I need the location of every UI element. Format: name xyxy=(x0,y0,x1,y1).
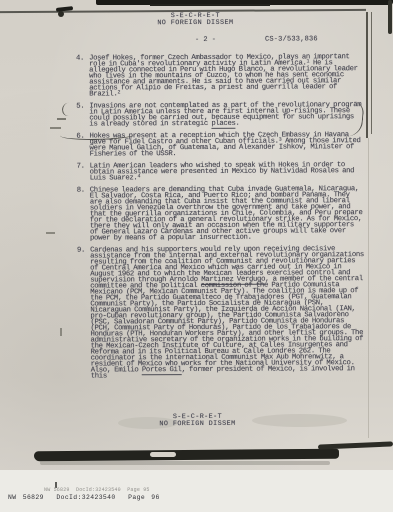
release-stamp-line: NW 56829 DocId:32423540 Page 96 xyxy=(8,494,160,501)
document-reference: CS-3/533,836 xyxy=(265,35,318,43)
paragraph-text: Josef Hokes, former Czech Ambassador to … xyxy=(89,54,363,97)
paragraph-list: 4. Josef Hokes, former Czech Ambassador … xyxy=(73,54,365,386)
document-content: S-E-C-R-E-T NO FOREIGN DISSEM - 2 - CS-3… xyxy=(0,0,393,471)
scan-artifact-bottom-band-gap xyxy=(150,452,176,457)
scanned-document-screenshot: S-E-C-R-E-T NO FOREIGN DISSEM - 2 - CS-3… xyxy=(0,0,393,512)
paragraph-text: Latin American leaders who wished to spe… xyxy=(90,162,364,181)
no-foreign-dissem-line: NO FOREIGN DISSEM xyxy=(0,19,392,28)
document-paper: S-E-C-R-E-T NO FOREIGN DISSEM - 2 - CS-3… xyxy=(0,0,393,470)
paragraph-number: 4. xyxy=(73,56,84,98)
no-foreign-dissem-line: NO FOREIGN DISSEM xyxy=(1,420,393,429)
scan-artifact-bottom-shadow xyxy=(40,461,330,465)
paragraph-text: Cardenas and his supporters would rely u… xyxy=(90,246,365,379)
paragraph-number: 9. xyxy=(74,248,86,380)
classification-header: S-E-C-R-E-T NO FOREIGN DISSEM xyxy=(0,12,392,28)
paragraph-7: 7. Latin American leaders who wished to … xyxy=(74,162,364,182)
paragraph-9: 9. Cardenas and his supporters would rel… xyxy=(74,246,365,380)
paragraph-8: 8. Chinese leaders are demanding that Cu… xyxy=(74,186,364,242)
page-number: - 2 - xyxy=(195,36,216,44)
paragraph-5: 5. Invasions are not contemplated as a p… xyxy=(73,102,363,128)
paragraph-number: 7. xyxy=(74,164,85,182)
paragraph-4: 4. Josef Hokes, former Czech Ambassador … xyxy=(73,54,363,98)
paragraph-number: 5. xyxy=(73,104,84,128)
paragraph-number: 8. xyxy=(74,188,85,242)
paragraph-text: Invasions are not contemplated as a part… xyxy=(89,102,363,127)
release-stamp-line-faint: NW 56829 DocId:32423540 Page 95 xyxy=(44,487,150,493)
header-row: - 2 - CS-3/533,836 xyxy=(0,35,392,37)
paragraph-text: Chinese leaders are demanding that Cuba … xyxy=(90,186,364,241)
classification-footer: S-E-C-R-E-T NO FOREIGN DISSEM xyxy=(1,413,393,429)
